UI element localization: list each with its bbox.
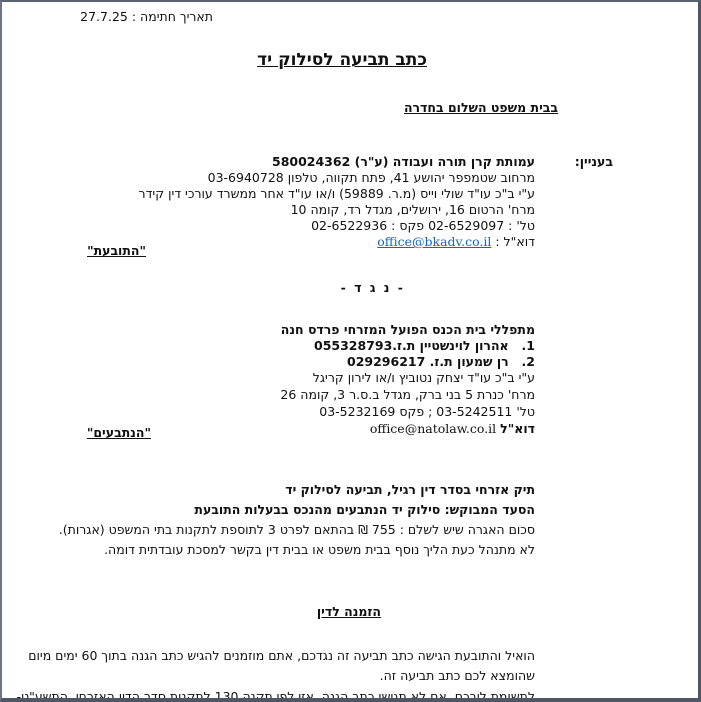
- defendant-text: רן שמעון ת.ז. 029296217: [347, 354, 509, 369]
- document-title: כתב תביעה לסילוק יד: [257, 50, 427, 70]
- signature-date-value: 27.7.25: [80, 9, 128, 24]
- plaintiff-role-label: "התובעת": [87, 243, 146, 259]
- defendants-group: מתפללי בית הכנס הפועל המזרחי פרדס חנה: [281, 322, 535, 338]
- defendants-role-label: "הנתבעים": [87, 425, 151, 441]
- plaintiff-counsel: ע"י ב"כ עו"ד שולי וייס (מ.ר. 59889) ו/או…: [139, 186, 535, 202]
- summons-paragraph-1-line-1: הואיל והתובעת הגישה כתב תביעה זה נגדכם, …: [28, 648, 535, 664]
- defendant-text: אהרון לוינשטיין ת.ז.055328793: [314, 338, 509, 353]
- defendants-counsel: ע"י ב"כ עו"ד יצחק נטוביץ ו/או לירון קריג…: [313, 370, 535, 386]
- in-the-matter-label: בעניין:: [575, 154, 613, 170]
- summons-paragraph-1-line-2: שהומצא לכם כתב תביעה זה.: [380, 668, 535, 684]
- signature-date-label: תאריך חתימה :: [132, 9, 213, 24]
- summons-paragraph-2-line-1: לתשומת ליבכם, אם לא תגישו כתב הגנה, אזי …: [16, 689, 535, 702]
- plaintiff-email-row: דוא"ל : office@bkadv.co.il: [377, 234, 535, 250]
- defendant-number: 2.: [513, 354, 535, 370]
- defendants-phone-fax: טל' 03-5242511 ; פקס 03-5232169: [319, 404, 535, 420]
- case-type: תיק אזרחי בסדר דין רגיל, תביעה לסילוק יד: [285, 482, 535, 498]
- no-other-proceeding: לא מתנהל כעת הליך נוסף בבית משפט או בבית…: [104, 542, 535, 558]
- plaintiff-email-link[interactable]: office@bkadv.co.il: [377, 234, 491, 249]
- plaintiff-counsel-address: מרח' הרטום 16, ירושלים, מגדל רד, קומה 10: [291, 202, 535, 218]
- court-name: בבית משפט השלום בחדרה: [404, 100, 558, 115]
- plaintiff-email-label: דוא"ל :: [495, 234, 535, 249]
- summons-heading: הזמנה לדין: [317, 604, 381, 620]
- defendant-1: 1. אהרון לוינשטיין ת.ז.055328793: [314, 338, 535, 354]
- signature-date: תאריך חתימה : 27.7.25: [80, 9, 213, 25]
- plaintiff-name: עמותת קרן תורה ועבודה (ע"ר) 580024362: [272, 154, 535, 170]
- defendant-number: 1.: [513, 338, 535, 354]
- defendants-email-row: דוא"ל office@natolaw.co.il: [370, 421, 535, 437]
- court-fee-line: סכום האגרה שיש לשלם : 755 ₪ בהתאם לפרט 3…: [59, 522, 535, 538]
- plaintiff-phone-fax: טל' : 02-6529097 פקס : 02-6522936: [311, 218, 535, 234]
- plaintiff-address: מרחוב שטמפפר יהושע 41, פתח תקווה, טלפון …: [208, 170, 535, 186]
- versus-label: - נ ג ד -: [341, 280, 405, 296]
- defendant-2: 2. רן שמעון ת.ז. 029296217: [347, 354, 535, 370]
- defendants-email: office@natolaw.co.il: [370, 421, 496, 436]
- defendants-email-label: דוא"ל: [500, 421, 535, 436]
- relief-sought: הסעד המבוקש: סילוק יד הנתבעים מהנכס בבעל…: [194, 502, 535, 518]
- defendants-counsel-address: מרח' כנרת 5 בני ברק, מגדל ב.ס.ר 3, קומה …: [280, 387, 535, 403]
